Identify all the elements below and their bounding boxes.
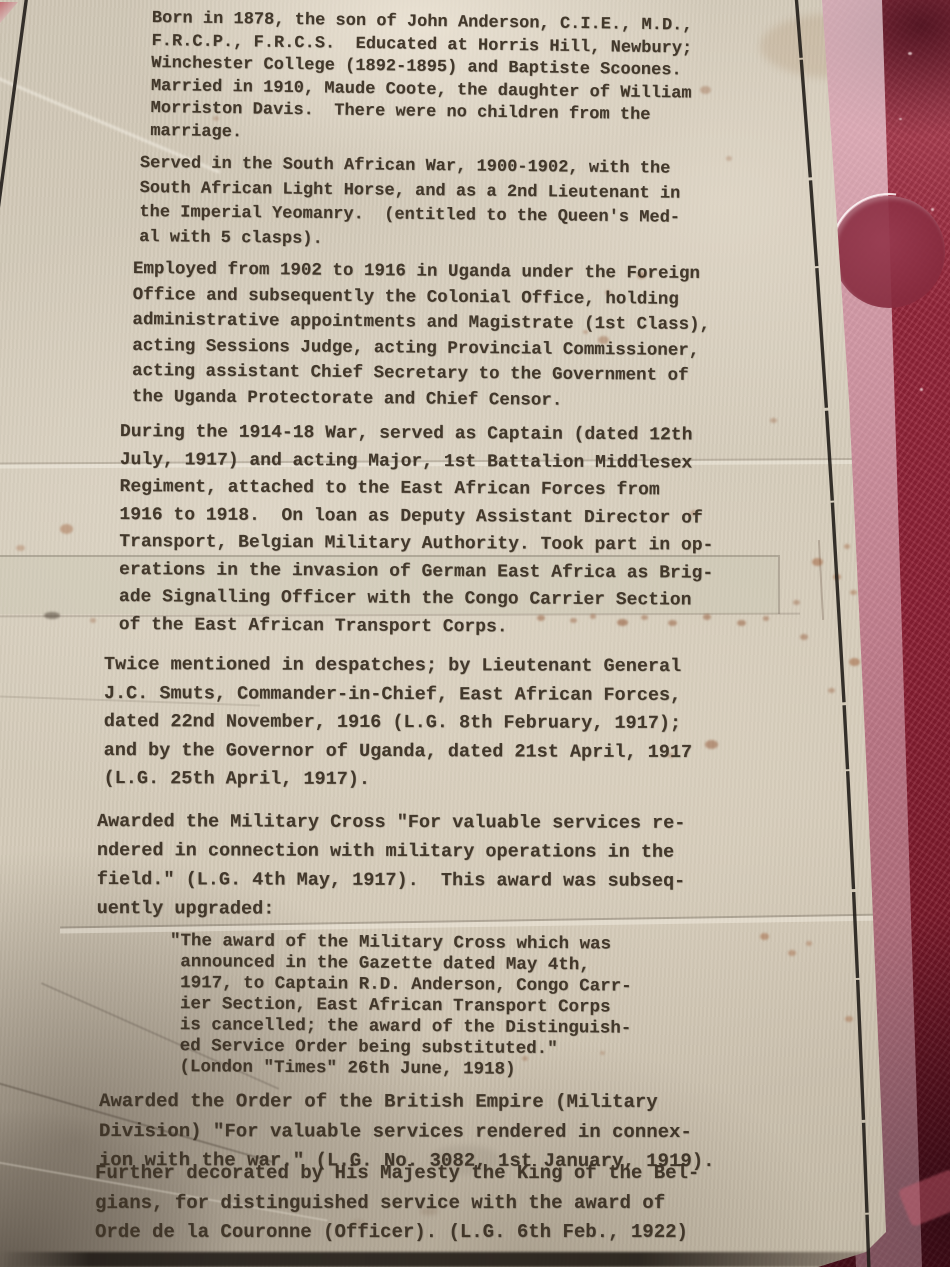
text-line: uently upgraded: [97,893,950,925]
text-line: ndered in connection with military opera… [97,835,950,867]
text-line: Division) "For valuable services rendere… [99,1116,950,1147]
text-line: Twice mentioned in despatches; by Lieute… [104,651,950,682]
paragraph: Twice mentioned in despatches; by Lieute… [104,651,950,796]
blockquote: "The award of the Military Cross which w… [169,931,950,1084]
photo-scene: Born in 1878, the son of John Anderson, … [0,0,950,1267]
typewritten-text: Born in 1878, the son of John Anderson, … [0,8,950,1248]
text-line: (L.G. 25th April, 1917). [104,765,950,796]
text-line: of the East African Transport Corps. [119,611,949,644]
text-line: Transport, Belgian Military Authority. T… [119,529,949,562]
paragraph: Further decorated by His Majesty the Kin… [95,1159,950,1248]
text-line: ade Signalling Officer with the Congo Ca… [119,584,949,617]
text-line: Further decorated by His Majesty the Kin… [95,1159,950,1189]
text-line: Regiment, attached to the East African F… [119,474,949,507]
text-line: gians, for distinguished service with th… [95,1189,950,1219]
text-line: field." (L.G. 4th May, 1917). This award… [97,864,950,896]
paragraph: During the 1914-18 War, served as Captai… [119,419,950,644]
paragraph: Employed from 1902 to 1916 in Uganda und… [132,257,950,417]
text-line: Orde de la Couronne (Officer). (L.G. 6th… [95,1218,950,1248]
page-bottom-shadow [0,1252,890,1267]
text-line: Awarded the Military Cross "For valuable… [97,807,950,839]
text-line: During the 1914-18 War, served as Captai… [120,419,950,452]
text-line: J.C. Smuts, Commander-in-Chief, East Afr… [104,679,950,710]
text-line: dated 22nd November, 1916 (L.G. 8th Febr… [104,708,950,739]
paragraph: Born in 1878, the son of John Anderson, … [150,8,950,154]
paragraph: Awarded the Military Cross "For valuable… [97,807,950,926]
text-line: Awarded the Order of the British Empire … [99,1087,950,1118]
text-line: and by the Governor of Uganda, dated 21s… [104,736,950,767]
paragraph: Served in the South African War, 1900-19… [139,152,950,258]
